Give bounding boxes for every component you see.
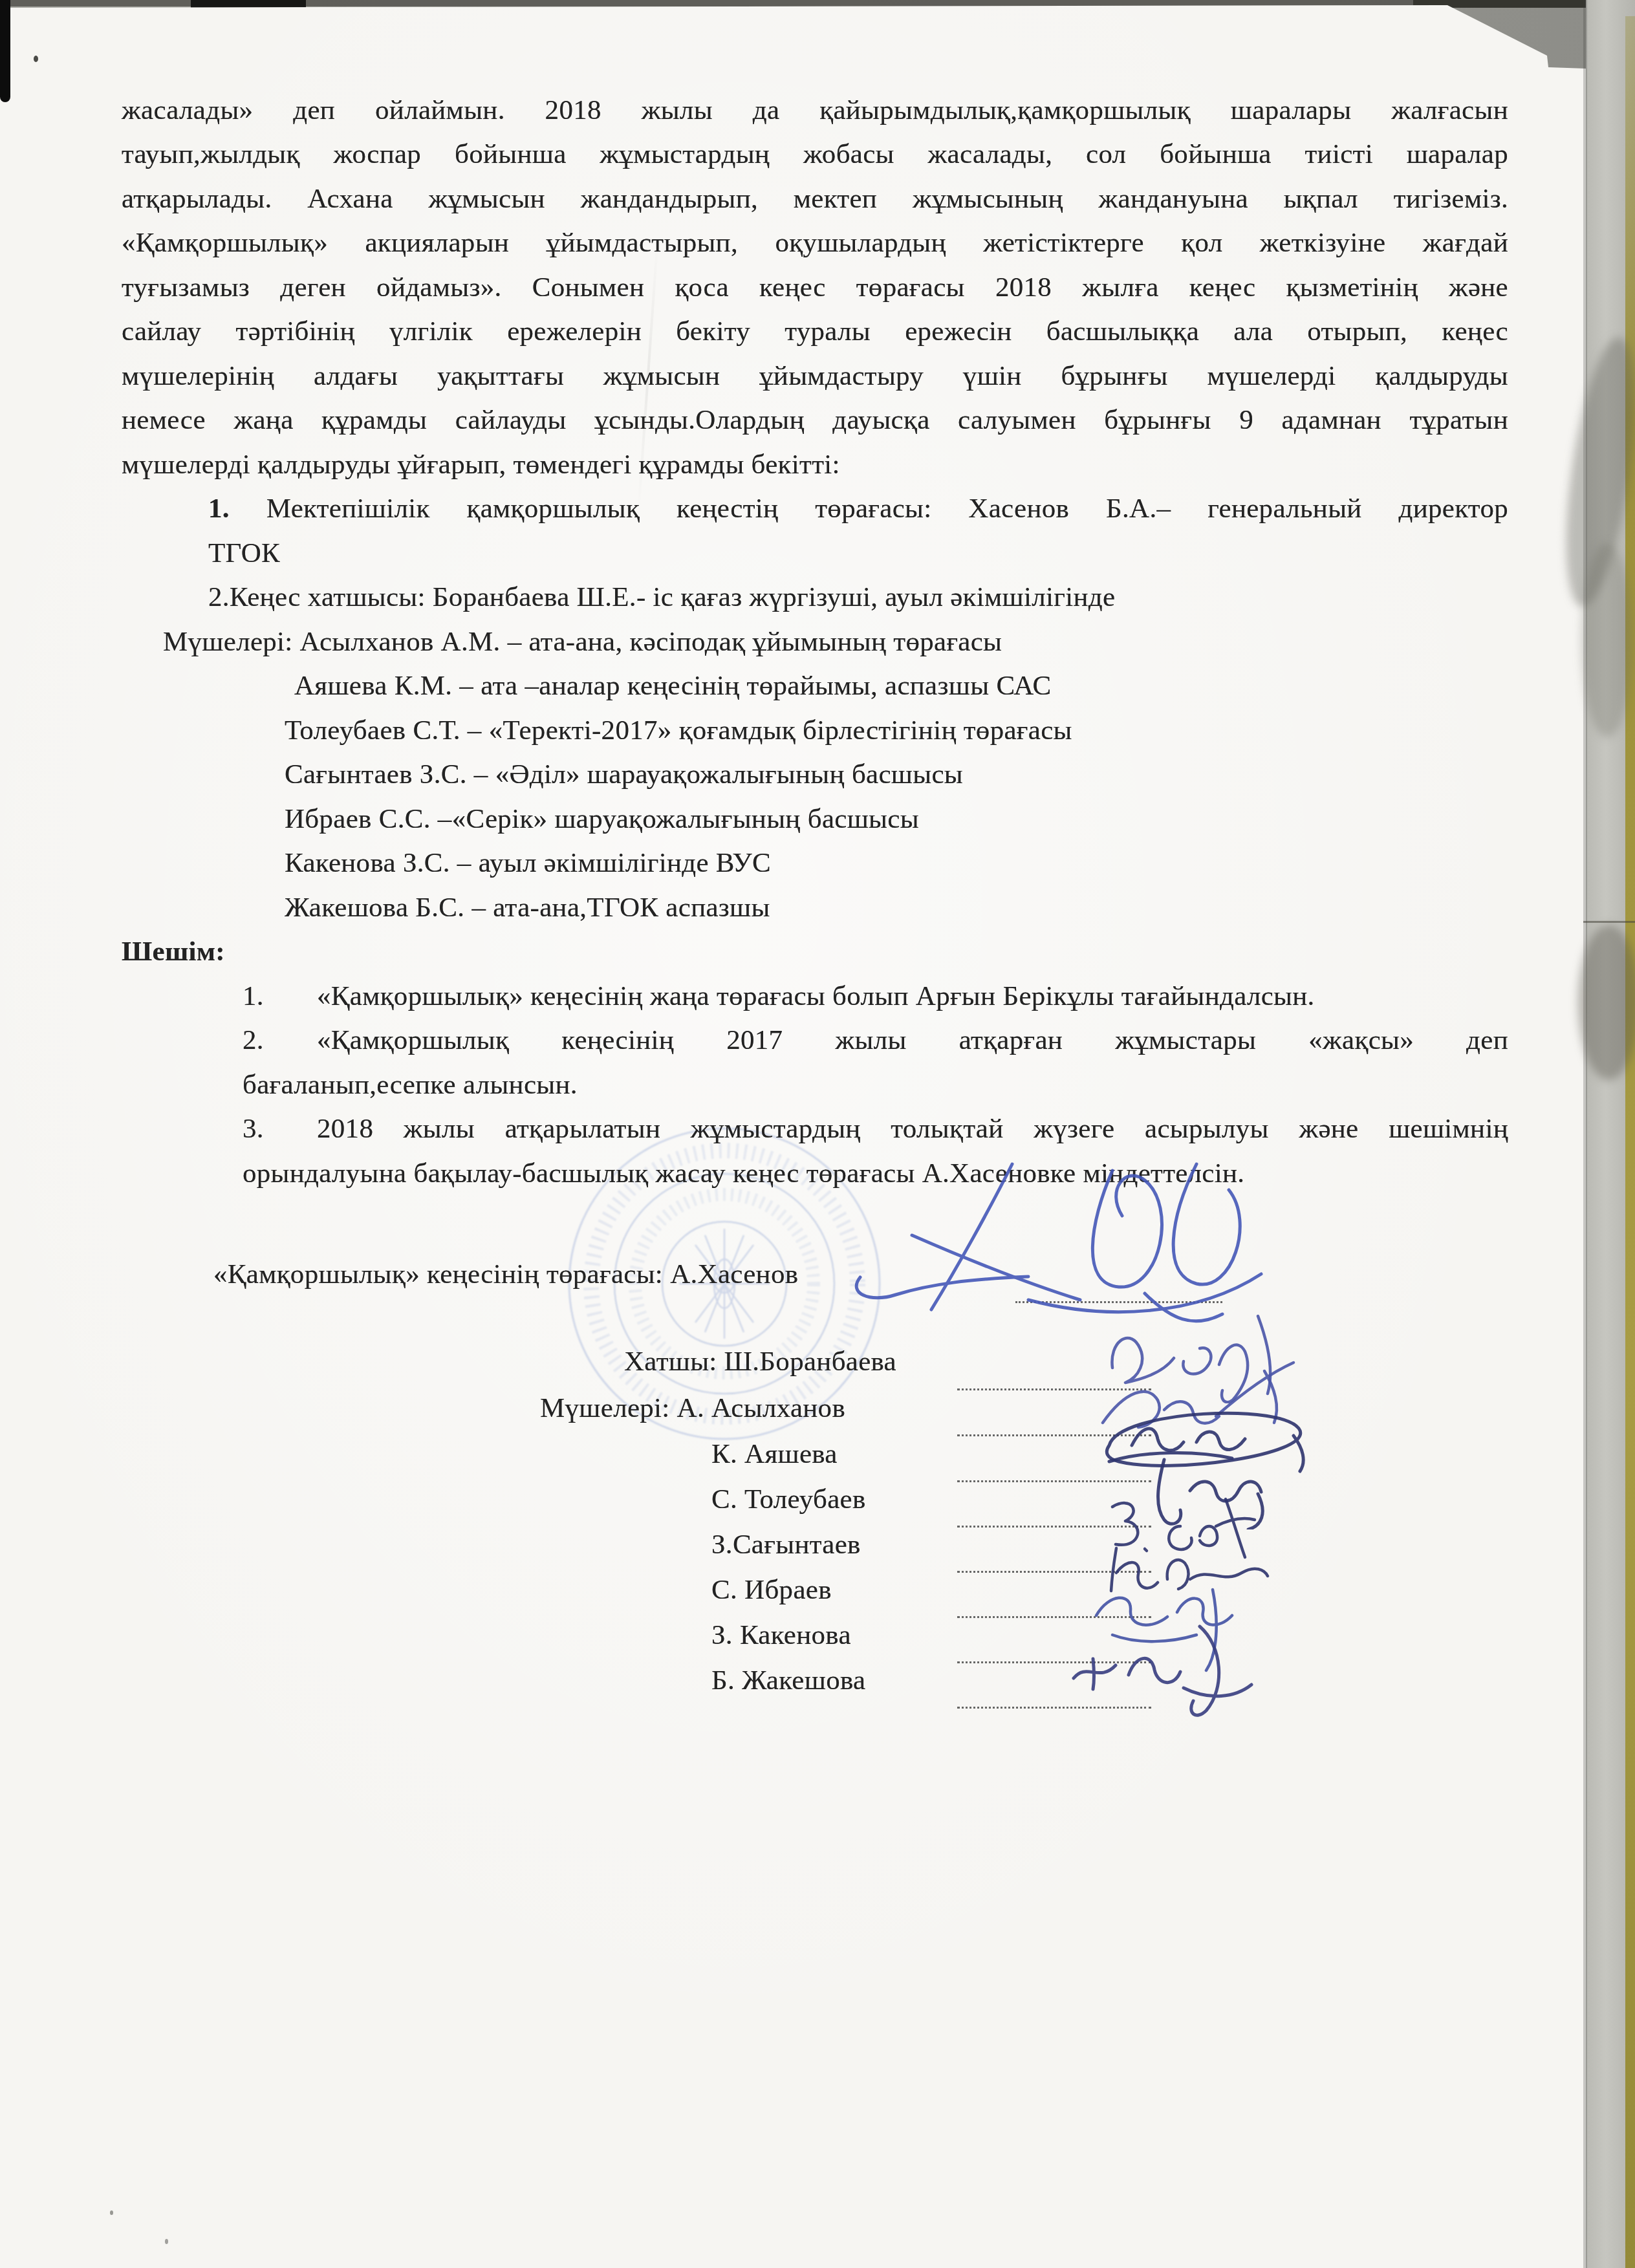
body-line: атқарылады. Асхана жұмысын жандандырып, … (122, 182, 1508, 217)
decision-line: 2018 жылы атқарылатын жұмыстардың толықт… (317, 1112, 1508, 1147)
paper-edge-shadow (1583, 0, 1587, 2268)
member-line: Ибраев С.С. –«Серік» шаруақожалығының ба… (285, 802, 919, 837)
decision-number: 2. (243, 1023, 264, 1058)
member-line: Жакешова Б.С. – ата-ана,ТГОК аспазшы (285, 891, 770, 925)
signature-zhakeshova (1054, 1610, 1261, 1720)
scanner-top-edge-dark-segment (191, 0, 306, 8)
chairman-signature-line: «Қамқоршылық» кеңесінің төрағасы: А.Хасе… (213, 1257, 798, 1292)
signature-row-label: Хатшы: Ш.Боранбаева (624, 1345, 896, 1379)
member-line: Сағынтаев З.С. – «Әділ» шарауақожалығыны… (285, 757, 963, 792)
members-intro-line: Мүшелері: Асылханов А.М. – ата-ана, кәсі… (163, 625, 1002, 660)
binder-corner-mark (0, 0, 10, 102)
body-line: туғызамыз деген ойдамыз». Сонымен қоса к… (122, 270, 1508, 305)
body-line: сайлау тәртібінің үлгілік ережелерін бек… (122, 314, 1508, 349)
scan-smudge-line (1583, 921, 1635, 923)
signature-row-label: С. Ибраев (711, 1573, 832, 1608)
signature-row-label: З.Сағынтаев (711, 1528, 861, 1562)
decision-line: «Қамқоршылық» кеңесінің жаңа төрағасы бо… (317, 979, 1315, 1014)
list-text: Мектепішілік қамқоршылық кеңестің төраға… (266, 493, 1508, 524)
decision-heading: Шешім: (122, 934, 225, 969)
composition-item-1: 1. Мектепішілік қамқоршылық кеңестің төр… (208, 491, 1508, 526)
decision-line: «Қамқоршылық кеңесінің 2017 жылы атқарға… (317, 1023, 1508, 1058)
signature-row-label: Мүшелері: А. Асылханов (540, 1391, 845, 1426)
member-line: Толеубаев С.Т. – «Теректі-2017» қоғамдық… (285, 713, 1072, 748)
member-line: Аяшева К.М. – ата –аналар кеңесінің төра… (294, 669, 1051, 704)
ink-speck (110, 2210, 113, 2215)
decision-number: 1. (243, 979, 264, 1014)
body-line: немесе жаңа құрамды сайлауды ұсынды.Олар… (122, 403, 1508, 438)
scan-smudge (1578, 925, 1635, 1080)
signature-row-label: Б. Жакешова (711, 1663, 865, 1698)
list-number: 1. (208, 493, 230, 524)
signature-row-label: С. Толеубаев (711, 1482, 866, 1517)
signature-row-label: З. Какенова (711, 1618, 851, 1653)
composition-item-2: 2.Кеңес хатшысы: Боранбаева Ш.Е.- іс қағ… (208, 580, 1115, 615)
scanned-document-canvas: жасалады» деп ойлаймын. 2018 жылы да қай… (0, 0, 1635, 2268)
body-line: «Қамқоршылық» акцияларын ұйымдастырып, о… (122, 226, 1508, 261)
body-line: мүшелерді қалдыруды ұйғарып, төмендегі қ… (122, 448, 840, 482)
body-line: тауып,жылдық жоспар бойынша жұмыстардың … (122, 137, 1508, 172)
body-line: жасалады» деп ойлаймын. 2018 жылы да қай… (122, 93, 1508, 128)
decision-line-cont: бағаланып,есепке алынсын. (243, 1068, 578, 1103)
body-line: мүшелерінің алдағы уақыттағы жұмысын ұйы… (122, 359, 1508, 394)
ink-speck (165, 2239, 168, 2244)
ink-speck (34, 56, 38, 62)
member-line: Какенова З.С. – ауыл әкімшілігінде ВУС (285, 846, 771, 881)
scan-smudge (1581, 543, 1633, 737)
decision-number: 3. (243, 1112, 264, 1147)
signature-row-label: К. Аяшева (711, 1437, 838, 1472)
composition-item-1-cont: ТГОК (208, 536, 280, 571)
